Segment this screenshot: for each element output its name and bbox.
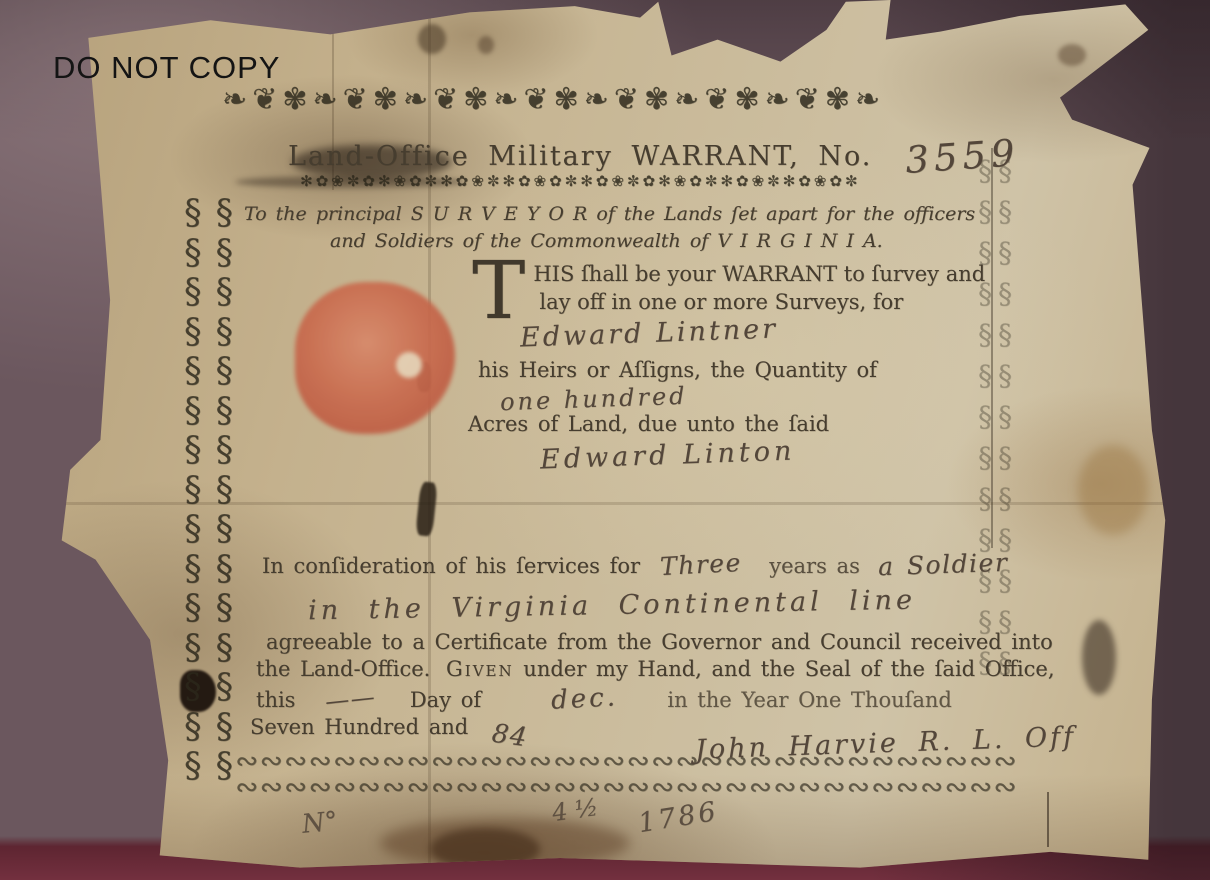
consideration-line-3: agreeable to a Certificate from the Gove… [266,630,1053,654]
bottom-smear-dark [430,828,540,870]
consideration-line-4: the Land-Office. Given under my Hand, an… [256,657,1055,681]
flower-ornament-row: ✻✿❀✼✿✻❀✿✼✻✿❀✼✻✿❀✿✼✻✿❀✼✿✻❀✿✼✻✿❀✼✻✿❀✿✼ [300,172,1000,190]
do-not-copy-watermark: DO NOT COPY [53,50,280,86]
land-office-text: the Land-Office. [256,657,430,681]
spot-top-center [418,24,446,54]
docket-number: 4 ½ [550,793,600,827]
year-handwritten: 84 [490,719,530,754]
month-handwritten: dec. [550,682,618,715]
given-smallcaps: Given [446,657,514,681]
dark-blob-right [1082,620,1116,695]
red-wax-seal [295,282,455,434]
grantee-name-second: Edward Linton [540,436,796,476]
warrant-paper: ❧❦✾❧❦✾❧❦✾❧❦✾❧❦✾❧❦✾❧❦✾❧ ✻✿❀✼✿✻❀✿✼✻✿❀✼✻✿❀✿… [0,0,1210,880]
registrar-signature: John Harvie R. L. Off [695,721,1077,765]
spot-top-right [1058,44,1086,66]
grant-opening: T HIS ſhall be your WARRANT to ſurvey an… [472,260,992,322]
consideration-line-1: In conſideration of his ſervices for Thr… [262,550,1008,579]
day-of-text: Day of [410,688,481,712]
seven-hundred-text: Seven Hundred and [250,715,468,739]
service-line-handwritten: in the Virginia Continental line [308,585,916,627]
warrant-title-text: Land-Office Military WARRANT, No. [288,141,872,172]
years-handwritten: Three [659,548,742,581]
consideration-start: In conſideration of his ſervices for [262,554,640,578]
this-word: this [256,688,295,712]
framed-photo-of-warrant: ❧❦✾❧❦✾❧❦✾❧❦✾❧❦✾❧❦✾❧❦✾❧ ✻✿❀✼✿✻❀✿✼✻✿❀✼✻✿❀✿… [0,0,1210,880]
grant-line-2: lay off in one or more Surveys, for [539,290,903,314]
ink-blot-center-fold [415,481,438,536]
right-edge-stain [1078,445,1148,535]
address-line-1: To the principal S U R V E Y O R of the … [244,203,975,225]
docket-no: N° [301,806,340,840]
consideration-line-5: this —— Day of dec. in the Year One Thou… [256,684,952,714]
seal-office-text: under my Hand, and the Seal of the ſaid … [523,657,1054,681]
acres-line: Acres of Land, due unto the ſaid [468,412,829,436]
warrant-title: Land-Office Military WARRANT, No. 3559 [288,131,1019,174]
spot-top-center-2 [478,36,494,54]
heirs-line: his Heirs or Aſſigns, the Quantity of [478,358,877,382]
consideration-mid: years as [769,554,860,578]
year-printed-text: in the Year One Thouſand [667,688,952,712]
top-ornament-band: ❧❦✾❧❦✾❧❦✾❧❦✾❧❦✾❧❦✾❧❦✾❧ [222,82,992,117]
seal-highlight-spot [396,352,422,378]
address-line-2: and Soldiers of the Commonwealth of V I … [330,230,883,252]
grant-line-1: HIS ſhall be your WARRANT to ſurvey and [533,262,985,286]
spot-top-right-2 [1096,92,1116,109]
warrant-number-handwritten: 3559 [904,131,1021,182]
role-handwritten: a Soldier [877,548,1008,582]
right-ornament-column: §§ §§ §§ §§ §§ §§ §§ §§ §§ §§ §§ §§ §§ [978,150,1048,683]
dropcap-T: T [472,260,525,322]
vertical-crack-bottom-right [1047,792,1049,847]
consideration-line-6: Seven Hundred and 84 [250,711,528,741]
